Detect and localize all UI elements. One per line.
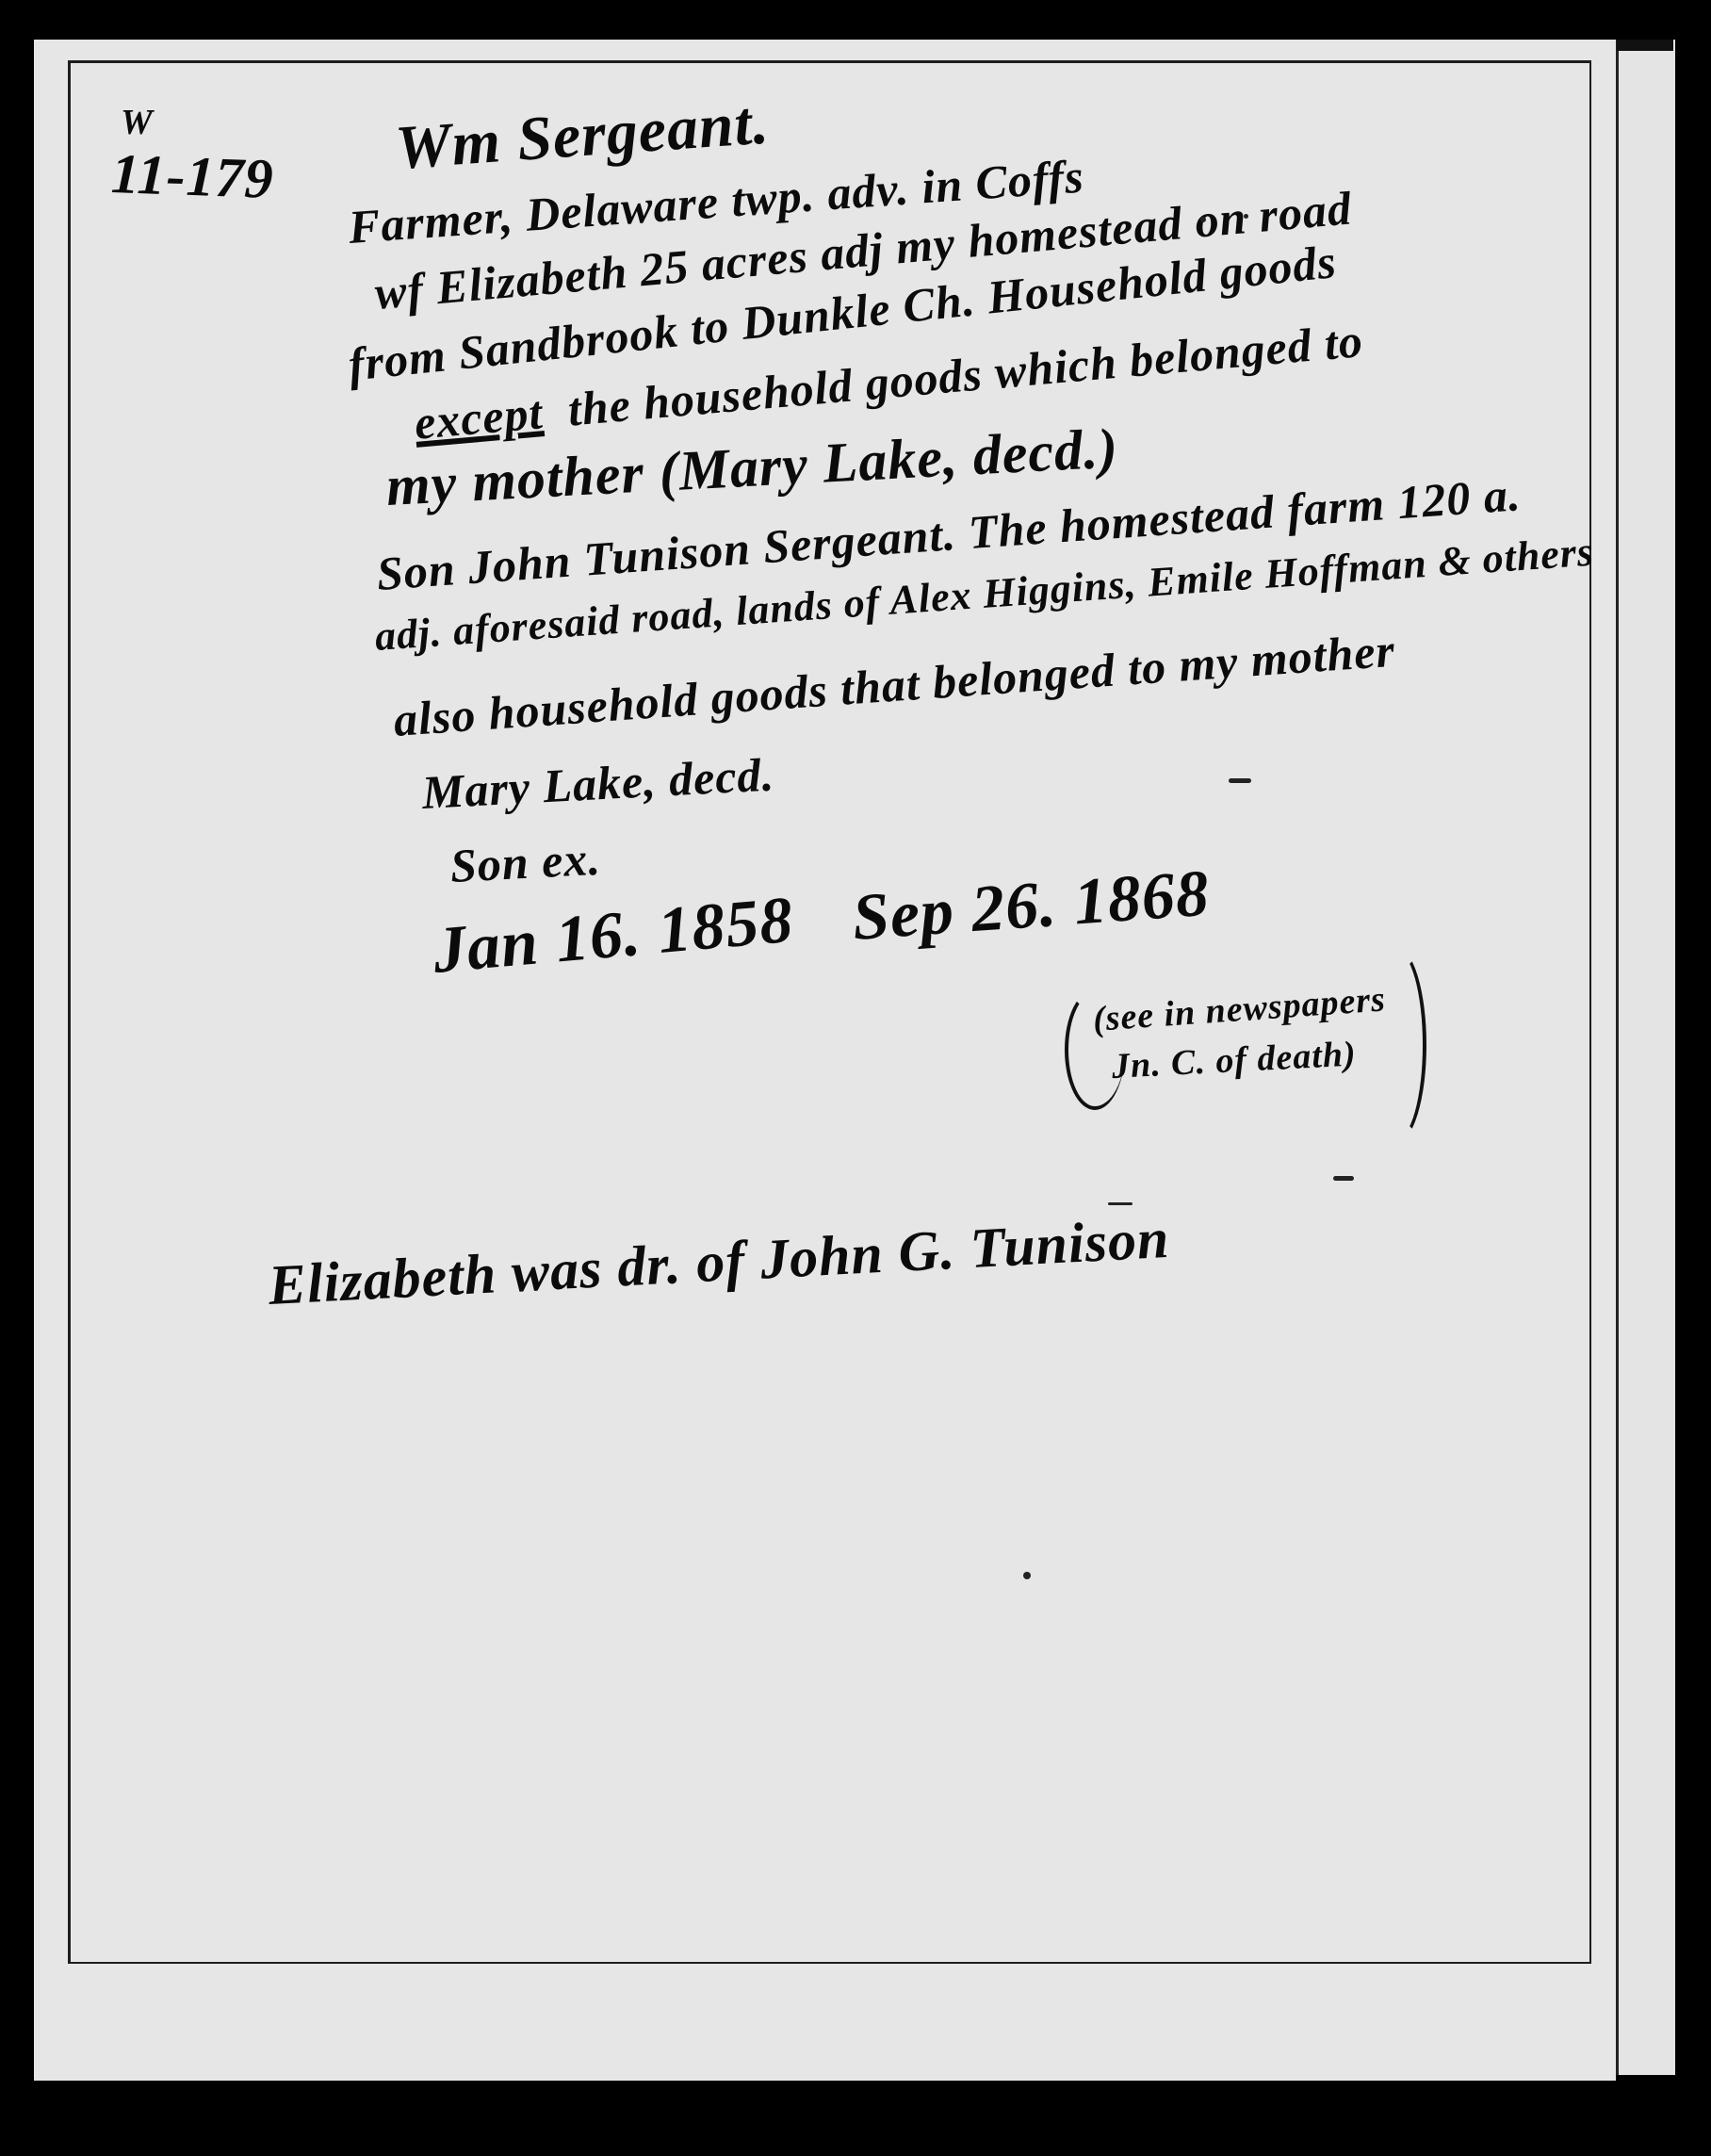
scan-speck bbox=[1023, 1572, 1031, 1579]
margin-letter: W bbox=[121, 102, 154, 143]
scan-dash bbox=[1108, 1202, 1133, 1205]
line-son-executor: Son ex. bbox=[448, 831, 602, 893]
note-bracket-right bbox=[1366, 947, 1426, 1143]
page-edge-tab bbox=[1616, 40, 1675, 2075]
scan-dash bbox=[1229, 778, 1251, 783]
scan-speck bbox=[1200, 217, 1206, 222]
scan-dash bbox=[1333, 1176, 1354, 1181]
scan-speck bbox=[1244, 214, 1248, 219]
margin-reference-number: 11-179 bbox=[110, 141, 275, 212]
page-edge-shadow bbox=[1617, 40, 1673, 51]
emphasis-except: except bbox=[413, 385, 546, 449]
